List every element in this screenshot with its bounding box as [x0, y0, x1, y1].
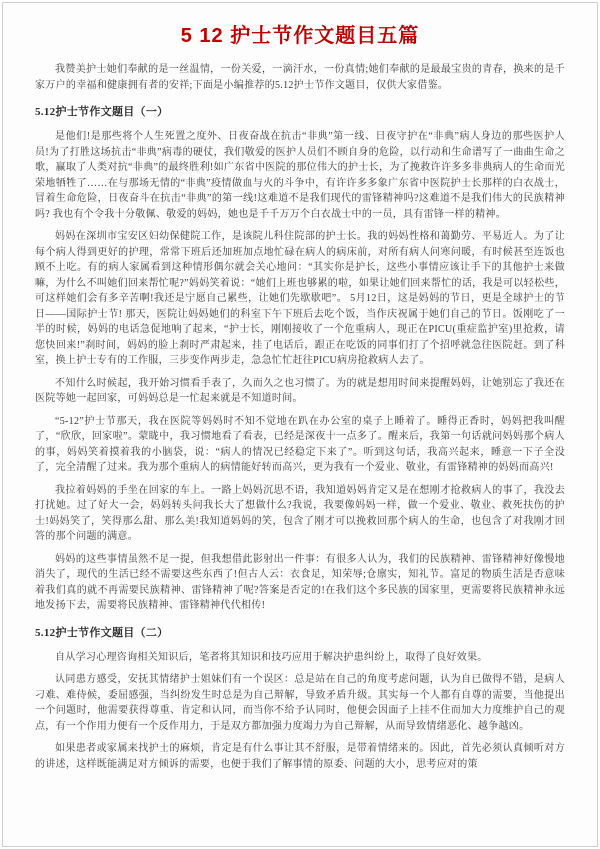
- essay1-paragraph-6: 妈妈的这些事情虽然不足一提，但我想借此影射出一件事：有很多人认为，我们的民族精神…: [35, 552, 565, 614]
- essay2-paragraph-3: 如果患者或家属来找护士的麻烦，肯定是有什么事让其不舒服，是带着情绪来的。因此，首…: [35, 741, 565, 772]
- essay1-paragraph-3: 不知什么时候起，我开始习惯看手表了，久而久之也习惯了。为的就是想用时间来提醒妈妈…: [35, 376, 565, 407]
- essay-heading-2: 5.12护士节作文题目（二）: [35, 624, 565, 640]
- essay1-paragraph-1: 是他们!是那些将个人生死置之度外、日夜奋战在抗击“非典”第一线、日夜守护在“非典…: [35, 129, 565, 222]
- document-title: 5 12 护士节作文题目五篇: [35, 19, 565, 48]
- essay1-paragraph-4: “5-12”护士节那天，我在医院等妈妈时不知不觉地在趴在办公室的桌子上睡着了。睡…: [35, 414, 565, 476]
- essay-heading-1: 5.12护士节作文题目（一）: [35, 103, 565, 119]
- document-page: 5 12 护士节作文题目五篇 我赞美护士她们奉献的是一丝温情，一份关爱，一滴汗水…: [2, 2, 598, 847]
- intro-paragraph: 我赞美护士她们奉献的是一丝温情，一份关爱，一滴汗水，一份真情;她们奉献的是最最宝…: [35, 62, 565, 93]
- essay1-paragraph-2: 妈妈在深圳市宝安区妇幼保健院工作，是该院儿科住院部的护士长。我的妈妈性格和蔼勤劳…: [35, 229, 565, 369]
- essay2-paragraph-2: 认同患方感受，安抚其情绪护士姐妹们有一个误区：总是站在自己的角度考虑问题，认为自…: [35, 672, 565, 734]
- essay2-paragraph-1: 自从学习心理咨询相关知识后，笔者将其知识和技巧应用于解决护患纠纷上，取得了良好效…: [35, 650, 565, 666]
- essay1-paragraph-5: 我拉着妈妈的手坐在回家的车上。一路上妈妈沉思不语，我知道妈妈肯定又是在想刚才抢救…: [35, 483, 565, 545]
